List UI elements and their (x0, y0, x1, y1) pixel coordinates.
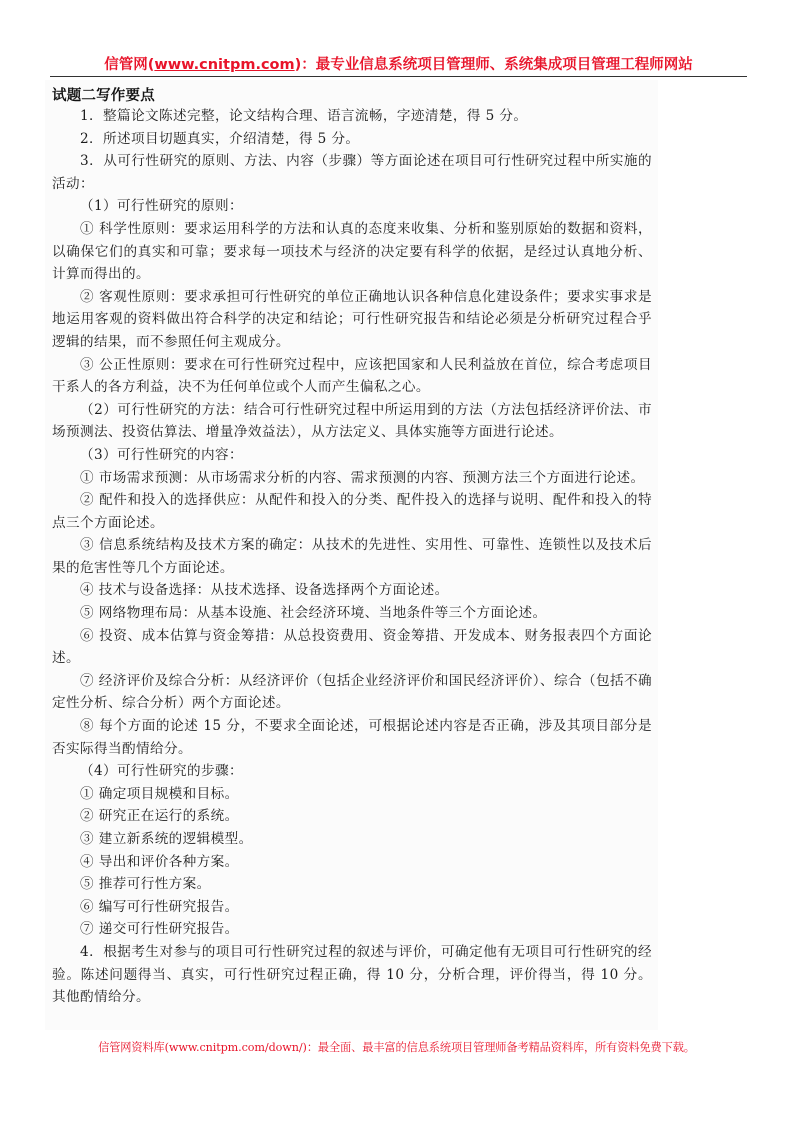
step-item: ⑤ 推荐可行性方案。 (52, 873, 652, 896)
paragraph-3: 3．从可行性研究的原则、方法、内容（步骤）等方面论述在项目可行性研究过程中所实施… (52, 150, 652, 195)
header-url-link[interactable]: www.cnitpm.com (154, 57, 294, 73)
content-network-layout: ⑤ 网络物理布局：从基本设施、社会经济环境、当地条件等三个方面论述。 (52, 602, 652, 625)
content-system-structure: ③ 信息系统结构及技术方案的确定：从技术的先进性、实用性、可靠性、连锁性以及技术… (52, 534, 652, 579)
section-heading-content: （3）可行性研究的内容： (52, 444, 652, 467)
content-market-demand: ① 市场需求预测：从市场需求分析的内容、需求预测的内容、预测方法三个方面进行论述… (52, 467, 652, 490)
closing-paragraph: 4．根据考生对参与的项目可行性研究过程的叙述与评价，可确定他有无项目可行性研究的… (52, 941, 652, 1009)
page-header: 信管网(www.cnitpm.com)：最专业信息系统项目管理师、系统集成项目管… (50, 56, 747, 74)
step-item: ⑥ 编写可行性研究报告。 (52, 896, 652, 919)
content-investment-cost: ⑥ 投资、成本估算与资金筹措：从总投资费用、资金筹措、开发成本、财务报表四个方面… (52, 625, 652, 670)
document-title: 试题二写作要点 (52, 84, 155, 105)
content-economic-evaluation: ⑦ 经济评价及综合分析：从经济评价（包括企业经济评价和国民经济评价）、综合（包括… (52, 670, 652, 715)
header-site-name: 信管网( (104, 57, 154, 73)
step-item: ③ 建立新系统的逻辑模型。 (52, 828, 652, 851)
paragraph-2: 2．所述项目切题真实，介绍清楚，得 5 分。 (52, 128, 652, 151)
principle-scientific: ① 科学性原则：要求运用科学的方法和认真的态度来收集、分析和鉴别原始的数据和资料… (52, 218, 652, 286)
page-footer: 信管网资料库(www.cnitpm.com/down/)：最全面、最丰富的信息系… (0, 1039, 793, 1055)
principle-objective: ② 客观性原则：要求承担可行性研究的单位正确地认识各种信息化建设条件；要求实事求… (52, 286, 652, 354)
step-item: ④ 导出和评价各种方案。 (52, 851, 652, 874)
section-methods: （2）可行性研究的方法：结合可行性研究过程中所运用到的方法（方法包括经济评价法、… (52, 399, 652, 444)
principle-fairness: ③ 公正性原则：要求在可行性研究过程中，应该把国家和人民利益放在首位，综合考虑项… (52, 354, 652, 399)
document-body: 1．整篇论文陈述完整，论文结构合理、语言流畅，字迹清楚，得 5 分。 2．所述项… (52, 105, 652, 1009)
step-item: ② 研究正在运行的系统。 (52, 805, 652, 828)
section-heading-principles: （1）可行性研究的原则： (52, 195, 652, 218)
header-tagline: )：最专业信息系统项目管理师、系统集成项目管理工程师网站 (295, 57, 693, 73)
header-divider (50, 76, 747, 77)
step-item: ⑦ 递交可行性研究报告。 (52, 918, 652, 941)
content-tech-equipment: ④ 技术与设备选择：从技术选择、设备选择两个方面论述。 (52, 579, 652, 602)
content-scoring-note: ⑧ 每个方面的论述 15 分，不要求全面论述，可根据论述内容是否正确，涉及其项目… (52, 715, 652, 760)
content-supply-selection: ② 配件和投入的选择供应：从配件和投入的分类、配件投入的选择与说明、配件和投入的… (52, 489, 652, 534)
step-item: ① 确定项目规模和目标。 (52, 783, 652, 806)
paragraph-1: 1．整篇论文陈述完整，论文结构合理、语言流畅，字迹清楚，得 5 分。 (52, 105, 652, 128)
section-heading-steps: （4）可行性研究的步骤： (52, 760, 652, 783)
